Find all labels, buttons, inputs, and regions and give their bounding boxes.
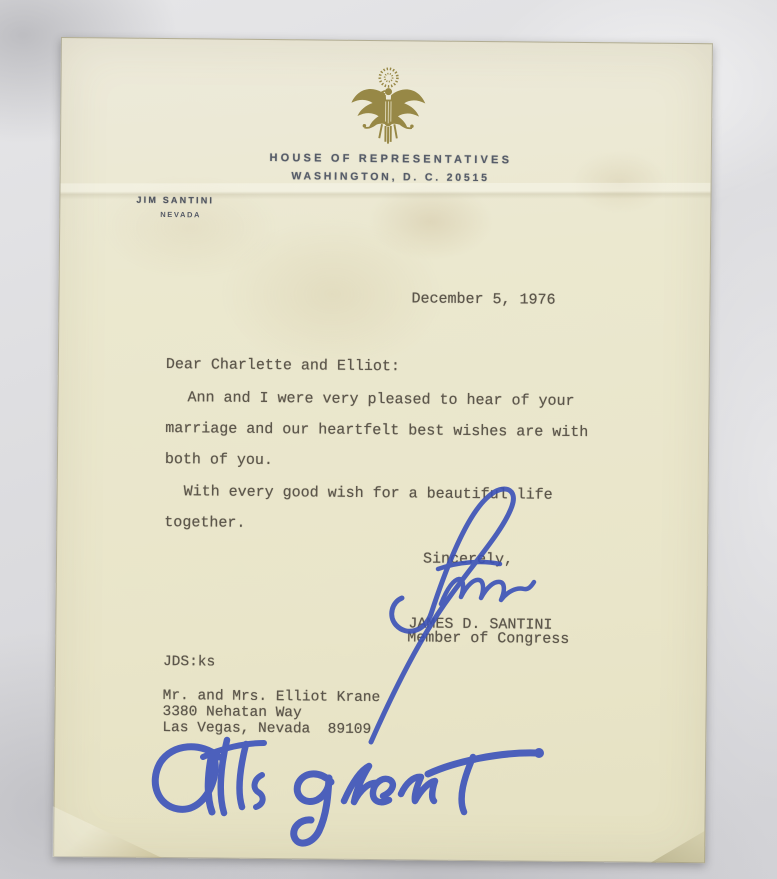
body-line: Ann and I were very pleased to hear of y… [187,390,574,409]
member-state: NEVADA [160,210,201,219]
photo-background: HOUSE OF REPRESENTATIVES WASHINGTON, D. … [0,0,777,879]
house-seal-eagle-icon [344,65,433,156]
corner-fold-bottom-right [647,821,705,864]
body-line: together. [164,515,245,531]
letterhead-line2: WASHINGTON, D. C. 20515 [66,168,716,186]
body-line: With every good wish for a beautiful lif… [184,484,553,503]
body-line: marriage and our heartfelt best wishes a… [165,421,588,440]
body-line: both of you. [165,452,273,468]
corner-fold-bottom-left [52,795,163,858]
letterhead-line1: HOUSE OF REPRESENTATIVES [66,150,716,168]
recipient-line: Las Vegas, Nevada 89109 [162,721,371,738]
member-name: JIM SANTINI [136,195,214,206]
recipient-line: 3380 Nehatan Way [162,705,301,721]
signer-title: Member of Congress [407,630,569,647]
salutation: Dear Charlette and Elliot: [166,357,400,374]
letter-paper: HOUSE OF REPRESENTATIVES WASHINGTON, D. … [53,37,713,863]
reference-initials: JDS:ks [163,655,215,671]
date-line: December 5, 1976 [411,291,555,307]
closing: Sincerely, [423,551,513,567]
